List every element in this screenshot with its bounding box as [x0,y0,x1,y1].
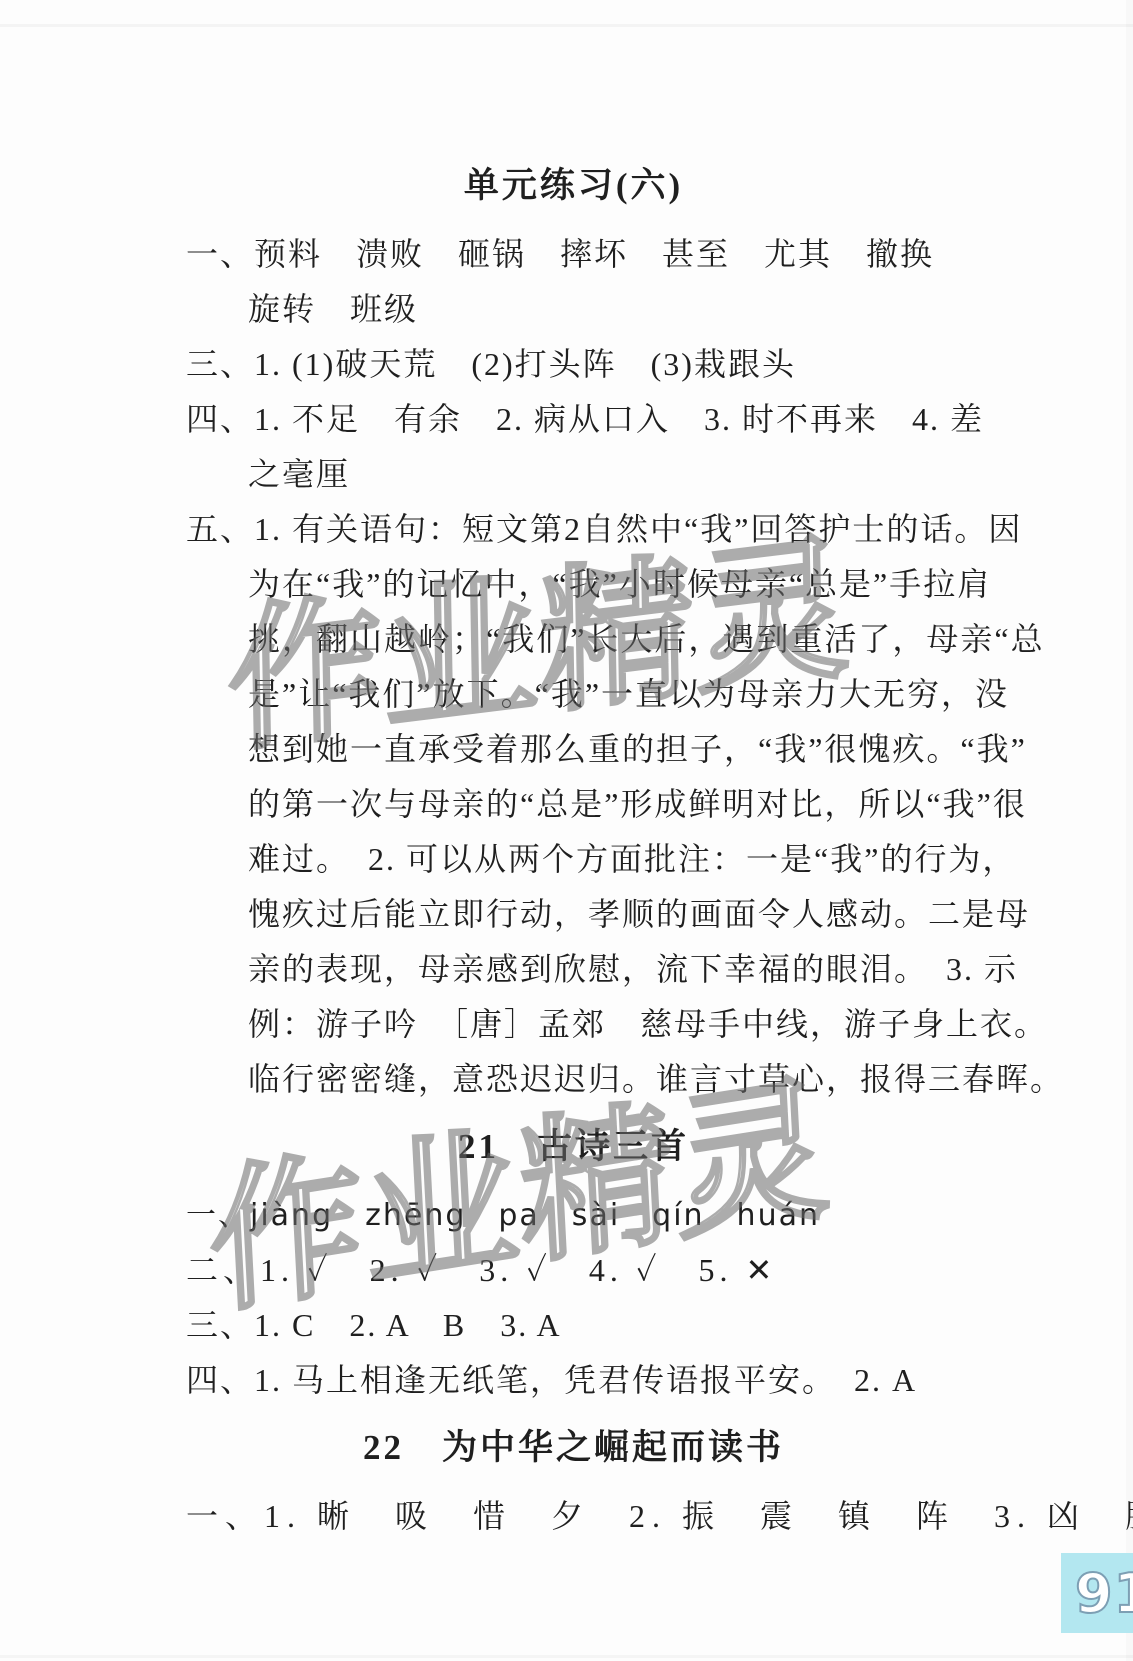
answer-line: 亲的表现，母亲感到欣慰，流下幸福的眼泪。 3. 示 [186,942,961,997]
answer-line: 愧疚过后能立即行动，孝顺的画面令人感动。二是母 [186,887,961,942]
answer-line: 难过。 2. 可以从两个方面批注：一是“我”的行为， [186,832,961,887]
answer-line: 挑，翻山越岭；“我们”长大后，遇到重活了，母亲“总 [186,612,961,667]
answer-line: 的第一次与母亲的“总是”形成鲜明对比，所以“我”很 [186,777,961,832]
scan-edge-top [0,24,1133,27]
answer-line: 旋转 班级 [186,282,961,337]
answer-line: 一、1. 晰 吸 惜 夕 2. 振 震 镇 阵 3. 凶 胸 [186,1489,961,1544]
answer-line: 一、jiàng zhēng pa sài qín huán [186,1188,961,1243]
answer-line: 三、1. (1)破天荒 (2)打头阵 (3)栽跟头 [186,337,961,392]
answer-line: 想到她一直承受着那么重的担子，“我”很愧疚。“我” [186,722,961,777]
section-heading: 21 古诗三首 [186,1119,961,1174]
answer-line: 临行密密缝，意恐迟迟归。谁言寸草心，报得三春晖。 [186,1052,961,1107]
page-number: 91 [1075,1562,1133,1625]
answer-line: 一、预料 溃败 砸锅 摔坏 甚至 尤其 撤换 [186,227,961,282]
answer-line: 为在“我”的记忆中，“我”小时候母亲“总是”手拉肩 [186,557,961,612]
scan-edge-right [1126,0,1133,1661]
answer-content: 单元练习(六)一、预料 溃败 砸锅 摔坏 甚至 尤其 撤换旋转 班级三、1. (… [186,158,961,1544]
section-heading: 单元练习(六) [186,158,961,213]
answer-line: 二、1. ✓ 2. ✓ 3. ✓ 4. ✓ 5. ✕ [186,1243,961,1298]
scan-edge-bottom [0,1655,1133,1658]
page-number-badge: 91 [1061,1553,1133,1633]
document-page: 单元练习(六)一、预料 溃败 砸锅 摔坏 甚至 尤其 撤换旋转 班级三、1. (… [0,0,1133,1661]
answer-line: 是”让“我们”放下。“我”一直以为母亲力大无穷，没 [186,667,961,722]
answer-line: 四、1. 不足 有余 2. 病从口入 3. 时不再来 4. 差 [186,392,961,447]
answer-line: 五、1. 有关语句：短文第2自然中“我”回答护士的话。因 [186,502,961,557]
section-heading: 22 为中华之崛起而读书 [186,1420,961,1475]
answer-line: 三、1. C 2. A B 3. A [186,1298,961,1353]
answer-line: 例：游子吟 ［唐］孟郊 慈母手中线，游子身上衣。 [186,997,961,1052]
answer-line: 四、1. 马上相逢无纸笔，凭君传语报平安。 2. A [186,1353,961,1408]
answer-line: 之毫厘 [186,447,961,502]
